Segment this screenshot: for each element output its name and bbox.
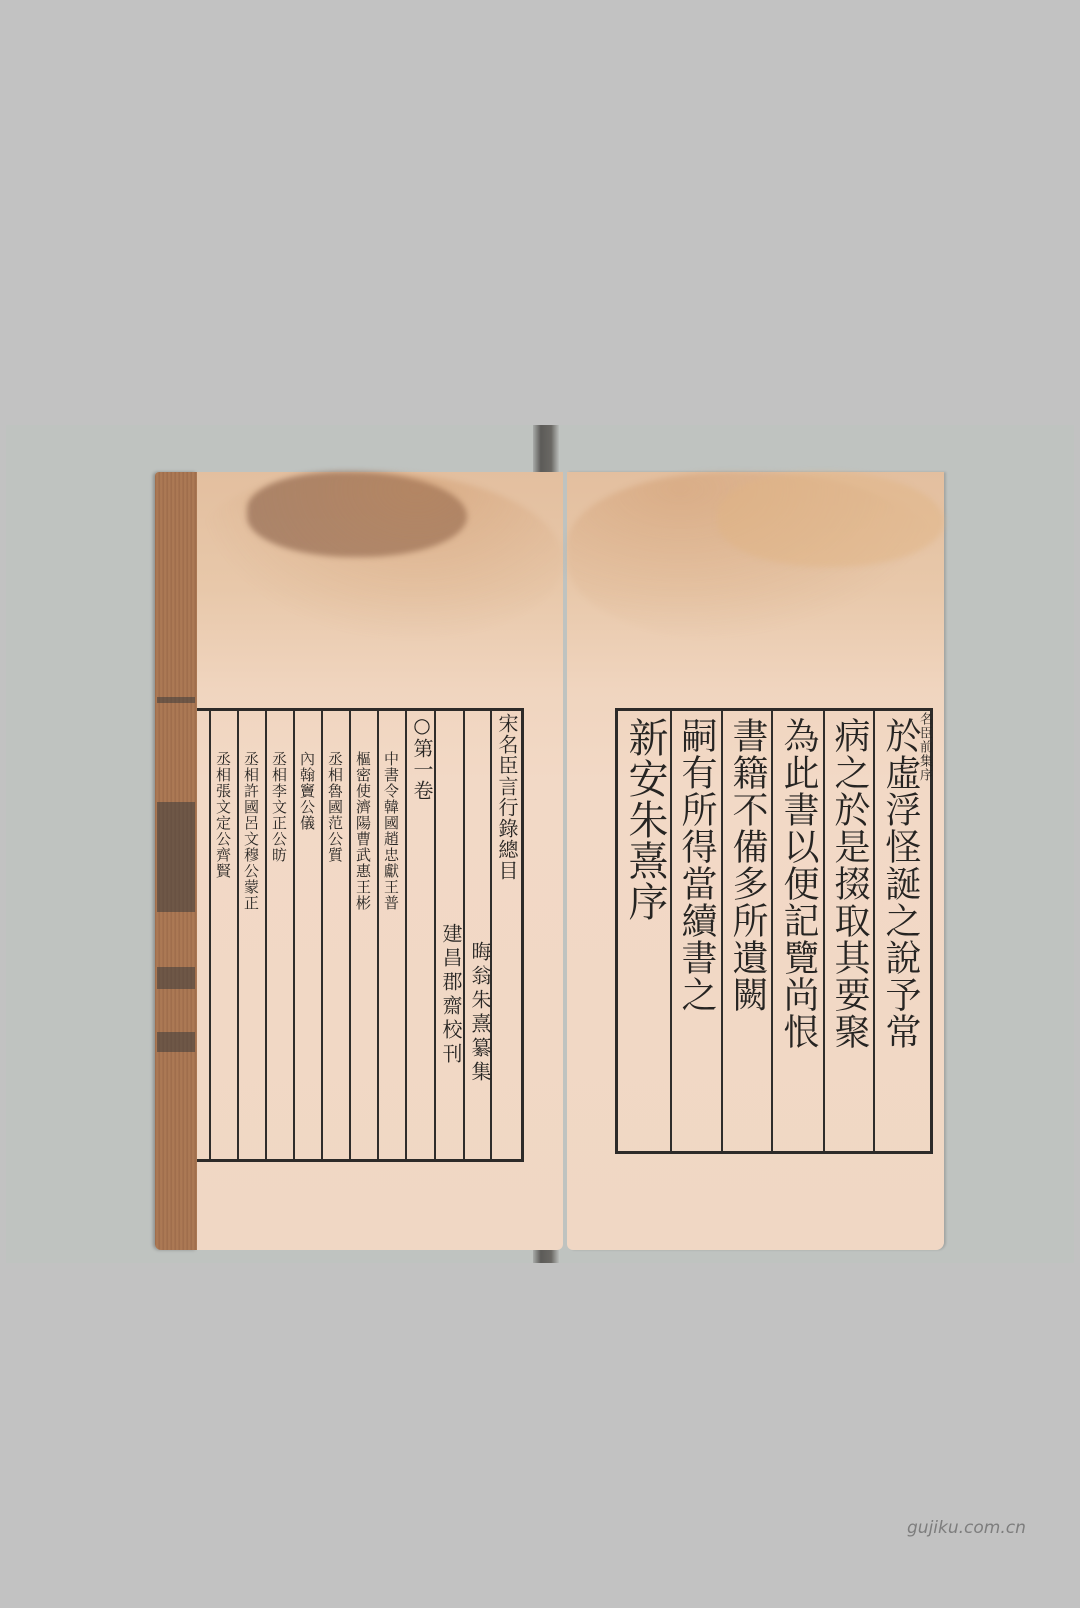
book-title: 宋名臣言行錄總目	[493, 713, 522, 881]
right-page: 於虛浮怪誕之說予常 病之於是掇取其要聚 為此書以便記覽尚恨 書籍不備多所遺闕 嗣…	[567, 472, 944, 1250]
margin-title: 名臣前集序	[915, 712, 934, 782]
editor-credit: 建昌郡齋校刊	[437, 923, 466, 1067]
column-rule	[405, 711, 407, 1159]
column-rule	[873, 711, 875, 1151]
preface-column: 病之於是掇取其要聚	[829, 717, 869, 1050]
toc-entry: 中書令韓國趙忠獻王普	[381, 751, 402, 911]
toc-entry: 丞相許國呂文穆公蒙正	[241, 751, 262, 911]
toc-entry: 內翰竇公儀	[297, 751, 318, 831]
column-rule	[377, 711, 379, 1159]
volume-heading: ○第一卷	[408, 713, 437, 801]
site-watermark: gujiku.com.cn	[907, 1518, 1026, 1538]
water-stain	[197, 472, 563, 642]
column-rule	[490, 711, 492, 1159]
toc-entry: 丞相張文定公齊賢	[213, 751, 234, 879]
left-page: 宋名臣言行錄總目 晦翁朱熹纂集 建昌郡齋校刊 ○第一卷 中書令韓國趙忠獻王普 樞…	[197, 472, 563, 1250]
column-rule	[349, 711, 351, 1159]
edge-mark	[157, 967, 195, 989]
column-rule	[265, 711, 267, 1159]
preface-column: 為此書以便記覽尚恨	[778, 717, 818, 1050]
edge-mark	[157, 697, 195, 703]
edge-mark	[157, 1032, 195, 1052]
column-rule	[823, 711, 825, 1151]
toc-entry: 丞相李文正公昉	[269, 751, 290, 863]
preface-column: 於虛浮怪誕之說予常	[880, 717, 920, 1050]
compiler-credit: 晦翁朱熹纂集	[466, 941, 495, 1085]
toc-entry: 樞密使濟陽曹武惠王彬	[353, 751, 374, 911]
column-rule	[293, 711, 295, 1159]
column-rule	[321, 711, 323, 1159]
edge-mark	[157, 802, 195, 912]
column-rule	[670, 711, 672, 1151]
book-fore-edge	[155, 472, 197, 1250]
column-rule	[771, 711, 773, 1151]
preface-signature: 新安朱熹序	[624, 717, 666, 922]
text-frame: 於虛浮怪誕之說予常 病之於是掇取其要聚 為此書以便記覽尚恨 書籍不備多所遺闕 嗣…	[615, 708, 933, 1154]
column-rule	[721, 711, 723, 1151]
water-stain	[717, 472, 944, 567]
preface-column: 書籍不備多所遺闕	[727, 717, 767, 1013]
column-rule	[237, 711, 239, 1159]
text-frame: 宋名臣言行錄總目 晦翁朱熹纂集 建昌郡齋校刊 ○第一卷 中書令韓國趙忠獻王普 樞…	[197, 708, 524, 1162]
preface-column: 嗣有所得當續書之	[676, 717, 716, 1013]
toc-entry: 丞相魯國范公質	[325, 751, 346, 863]
column-rule	[209, 711, 211, 1159]
